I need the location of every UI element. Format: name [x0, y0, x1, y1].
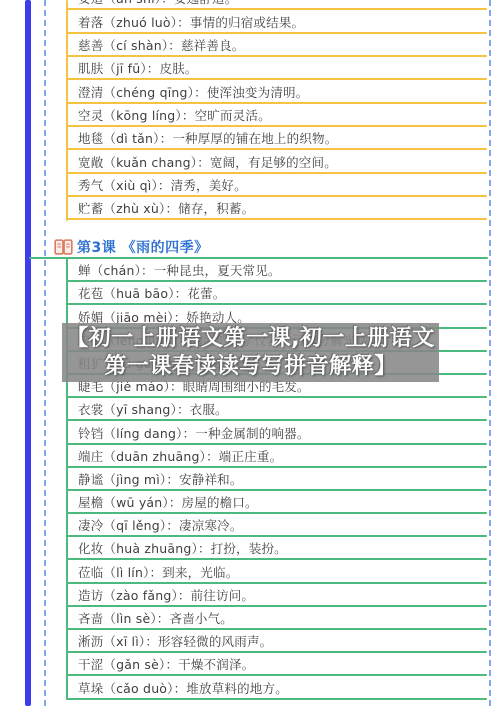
vocab-text: 宽敞（kuǎn chang）：宽阔，有足够的空间。 [78, 153, 337, 171]
vocab-text: 端庄（duān zhuāng）：端正庄重。 [78, 447, 282, 465]
vocab-row[interactable]: 花苞（huā bāo）：花蕾。 [0, 282, 500, 305]
vocab-text: 屋檐（wū yán）：房屋的檐口。 [78, 493, 258, 511]
lesson-3-topic[interactable]: 第3课 《雨的四季》 [54, 237, 209, 257]
vocab-text: 静谧（jìng mì）：安静祥和。 [78, 470, 243, 488]
vocab-row[interactable]: 蝉（chán）：一种昆虫，夏天常见。 [0, 259, 500, 282]
vocab-text: 凄冷（qī lěng）：凄凉寒冷。 [78, 516, 243, 534]
vocab-row[interactable]: 肌肤（jī fū）：皮肤。 [0, 57, 500, 80]
vocab-row[interactable]: 澄清（chéng qīng）：使浑浊变为清明。 [0, 80, 500, 103]
vocab-row[interactable]: 宽敞（kuǎn chang）：宽阔，有足够的空间。 [0, 150, 500, 173]
vocab-row[interactable]: 凄冷（qī lěng）：凄凉寒冷。 [0, 514, 500, 537]
vocab-row[interactable]: 铃铛（líng dang）：一种金属制的响器。 [0, 421, 500, 444]
open-book-icon [54, 239, 73, 256]
vocab-text: 衣裳（yī shang）：衣服。 [78, 400, 228, 418]
vocab-row[interactable]: 静谧（jìng mì）：安静祥和。 [0, 468, 500, 491]
vocab-text: 造访（zào fǎng）：前往访问。 [78, 586, 254, 604]
vocab-text: 秀气（xiù qì）：清秀，美好。 [78, 176, 247, 194]
vocab-row[interactable]: 空灵（kōng líng）：空旷而灵活。 [0, 104, 500, 127]
vocab-text: 蝉（chán）：一种昆虫，夏天常见。 [78, 261, 281, 279]
vocab-row[interactable]: 屋檐（wū yán）：房屋的檐口。 [0, 491, 500, 514]
vocab-row[interactable]: 秀气（xiù qì）：清秀，美好。 [0, 174, 500, 197]
vocab-row[interactable]: 地毯（dì tǎn）：一种厚厚的铺在地上的织物。 [0, 127, 500, 150]
vocab-text: 铃铛（líng dang）：一种金属制的响器。 [78, 424, 310, 442]
watermark-overlay: 【初一上册语文第一课,初一上册语文 第一课春读读写写拼音解释】 [62, 323, 439, 382]
vocab-text: 着落（zhuó luò）：事情的归宿或结果。 [78, 13, 304, 31]
vocab-text: 干涩（gǎn sè）：干燥不润泽。 [78, 655, 254, 673]
vocab-text: 草垛（cǎo duò）：堆放草料的地方。 [78, 679, 288, 697]
vocab-row[interactable]: 着落（zhuó luò）：事情的归宿或结果。 [0, 10, 500, 33]
vocab-text: 吝啬（lìn sè）：吝啬小气。 [78, 609, 233, 627]
lesson-3-title: 第3课 《雨的四季》 [77, 237, 209, 257]
vocab-row[interactable]: 贮蓄（zhù xù）：储存，积蓄。 [0, 197, 500, 220]
vocab-text: 莅临（lì lín）：到来，光临。 [78, 563, 238, 581]
vocab-text: 肌肤（jī fū）：皮肤。 [78, 59, 198, 77]
watermark-text-line1: 【初一上册语文第一课,初一上册语文 [66, 325, 435, 353]
vocab-row[interactable]: 慈善（cí shàn）：慈祥善良。 [0, 34, 500, 57]
row-underline [66, 698, 487, 700]
vocab-text: 澄清（chéng qīng）：使浑浊变为清明。 [78, 83, 308, 101]
vocab-text: 淅沥（xī lì）：形容轻微的风雨声。 [78, 632, 272, 650]
vocab-row[interactable]: 干涩（gǎn sè）：干燥不润泽。 [0, 653, 500, 676]
vocab-row[interactable]: 吝啬（lìn sè）：吝啬小气。 [0, 607, 500, 630]
row-underline [66, 218, 487, 220]
vocab-row[interactable]: 莅临（lì lín）：到来，光临。 [0, 560, 500, 583]
vocab-text: 空灵（kōng líng）：空旷而灵活。 [78, 106, 271, 124]
vocab-text: 慈善（cí shàn）：慈祥善良。 [78, 36, 245, 54]
vocab-text: 化妆（huà zhuāng）：打扮，装扮。 [78, 539, 287, 557]
vocab-row[interactable]: 安适（ān shì）：安逸舒适。 [0, 0, 500, 10]
vocab-text: 贮蓄（zhù xù）：储存，积蓄。 [78, 199, 254, 217]
vocab-row[interactable]: 淅沥（xī lì）：形容轻微的风雨声。 [0, 630, 500, 653]
vocab-row[interactable]: 草垛（cǎo duò）：堆放草料的地方。 [0, 676, 500, 699]
vocab-text: 安适（ān shì）：安逸舒适。 [78, 0, 237, 7]
vocab-text: 花苞（huā bāo）：花蕾。 [78, 284, 225, 302]
vocab-row[interactable]: 衣裳（yī shang）：衣服。 [0, 398, 500, 421]
vocab-text: 地毯（dì tǎn）：一种厚厚的铺在地上的织物。 [78, 129, 337, 147]
mindmap-canvas: 安适（ān shì）：安逸舒适。着落（zhuó luò）：事情的归宿或结果。慈善… [0, 0, 500, 706]
watermark-text-line2: 第一课春读读写写拼音解释】 [104, 353, 397, 381]
vocab-row[interactable]: 化妆（huà zhuāng）：打扮，装扮。 [0, 537, 500, 560]
vocab-row[interactable]: 造访（zào fǎng）：前往访问。 [0, 584, 500, 607]
vocab-row[interactable]: 端庄（duān zhuāng）：端正庄重。 [0, 445, 500, 468]
lesson1-vocab-list: 安适（ān shì）：安逸舒适。着落（zhuó luò）：事情的归宿或结果。慈善… [0, 0, 500, 220]
